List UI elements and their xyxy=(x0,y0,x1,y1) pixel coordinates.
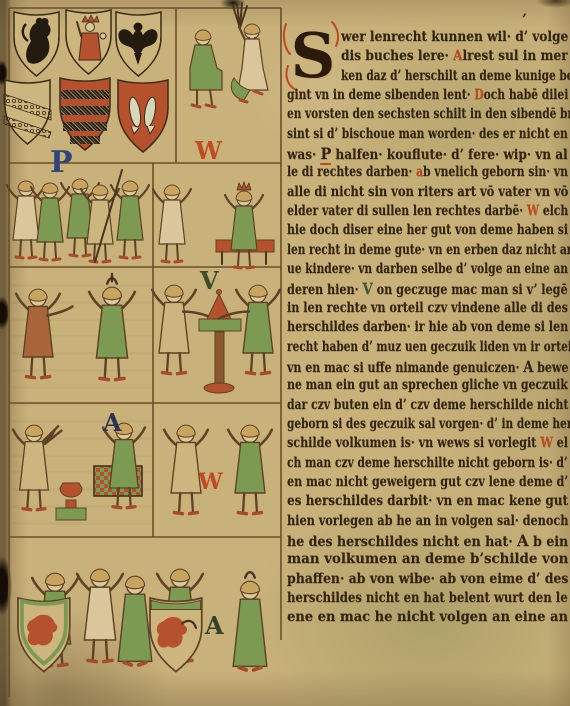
text-line: elder vater di sullen len rechtes darbē·… xyxy=(287,202,513,221)
text-line: in len rechte vn orteil czv vindene alle… xyxy=(287,299,520,318)
text-line: dar czv buten ein d’ czv deme herschilde… xyxy=(287,396,512,415)
miniature-oath-with-chest xyxy=(13,423,145,520)
page-corner-smudge xyxy=(536,0,570,8)
text-line: schilde volkumen is· vn wews si vorlegit… xyxy=(287,434,519,453)
text-line: ne man ein gut an sprechen gliche vn gec… xyxy=(287,376,514,395)
painted-initial-a1: A xyxy=(102,408,122,437)
miniature-shield-ring-bends xyxy=(4,80,51,144)
text-line: es herschildes darbit· vn en mac kene gu… xyxy=(287,492,537,511)
text-line: man volkumen an deme b’schilde von xyxy=(287,550,565,569)
miniature-men-with-shields xyxy=(18,569,267,671)
painted-initial-a2: A xyxy=(204,611,224,640)
text-line: herschildes darben· ir hie ab von deme s… xyxy=(287,318,519,337)
text-line: ken daz d’ herschilt an deme kunige be xyxy=(341,67,518,86)
miniature-shield-black-lion xyxy=(14,12,59,76)
painted-initial-v: V xyxy=(199,266,219,295)
miniature-man-before-king xyxy=(153,182,274,268)
miniature-column: P W V A W A xyxy=(0,0,290,706)
text-line: ch man czv deme herschilte nicht geborn … xyxy=(287,454,510,473)
text-line: dis buches lere· Alrest sul in mer xyxy=(341,47,546,66)
text-line: en mac nicht geweigern gut czv lene deme… xyxy=(287,473,519,492)
text-line: le di rechtes darben· ab vnelich geborn … xyxy=(287,163,512,182)
miniature-pleading-scene xyxy=(16,274,135,380)
miniature-shield-black-eagle xyxy=(116,12,161,76)
painted-initial-w1: W xyxy=(194,136,223,165)
text-line: he des herschildes nicht en hat· A b ein xyxy=(287,531,549,550)
manuscript-page: { "page": { "title": "Sachsenspiegel man… xyxy=(0,0,570,706)
text-line: ene en mac he nicht volgen an eine an xyxy=(287,608,558,627)
text-line: wer lenrecht kunnen wil· d’ volge xyxy=(341,28,545,47)
text-line: recht haben d’ muz uen geczuik liden vn … xyxy=(287,338,506,357)
text-line: en vorsten den sechsten schilt in den si… xyxy=(287,105,506,124)
text-line: herschildes nicht en hat belent wurt den… xyxy=(287,589,528,608)
text-column: wer lenrecht kunnen wil· d’ volgedis buc… xyxy=(287,28,568,628)
painted-initial-w2: W xyxy=(197,469,223,495)
corner-pen-mark: ’ xyxy=(522,12,527,28)
text-line: ue kindere· vn darben selbe d’ volge an … xyxy=(287,260,508,279)
painted-initial-p: P xyxy=(50,145,73,180)
text-line: gint vn in deme sibenden lent· Doch habē… xyxy=(287,86,511,105)
miniature-shield-checkered-bars xyxy=(60,78,110,150)
text-line: vn en mac si uffe nimande genuiczen· A b… xyxy=(287,357,516,376)
text-line: sint si d’ bischoue man worden· des er n… xyxy=(287,125,508,144)
text-line: len recht in deme gute· vn en erben daz … xyxy=(287,241,506,260)
miniature-shield-crowned-king xyxy=(66,10,111,74)
miniature-oath-on-reliquary xyxy=(152,285,280,393)
text-line: hie doch diser eine her gut von deme hab… xyxy=(287,221,513,240)
miniature-man-with-rods xyxy=(231,3,268,102)
miniature-group-of-men xyxy=(7,170,149,262)
text-line: alle di nicht sin von riters art vō vate… xyxy=(287,183,526,202)
text-line: hien vorlegen ab he an in volgen sal· de… xyxy=(287,512,521,531)
miniature-seated-man-green xyxy=(190,30,222,107)
text-line: phaffen· ab von wibe· ab von eime d’ des xyxy=(287,570,546,589)
miniature-shield-two-fish xyxy=(118,80,168,152)
text-line: deren hien· V on geczuge mac man si v’ l… xyxy=(287,279,520,298)
text-line: was· P halfen· kouflute· d’ fere· wip· v… xyxy=(287,144,538,163)
text-line: geborn si des geczuik sal vorgen· d’ in … xyxy=(287,415,506,434)
